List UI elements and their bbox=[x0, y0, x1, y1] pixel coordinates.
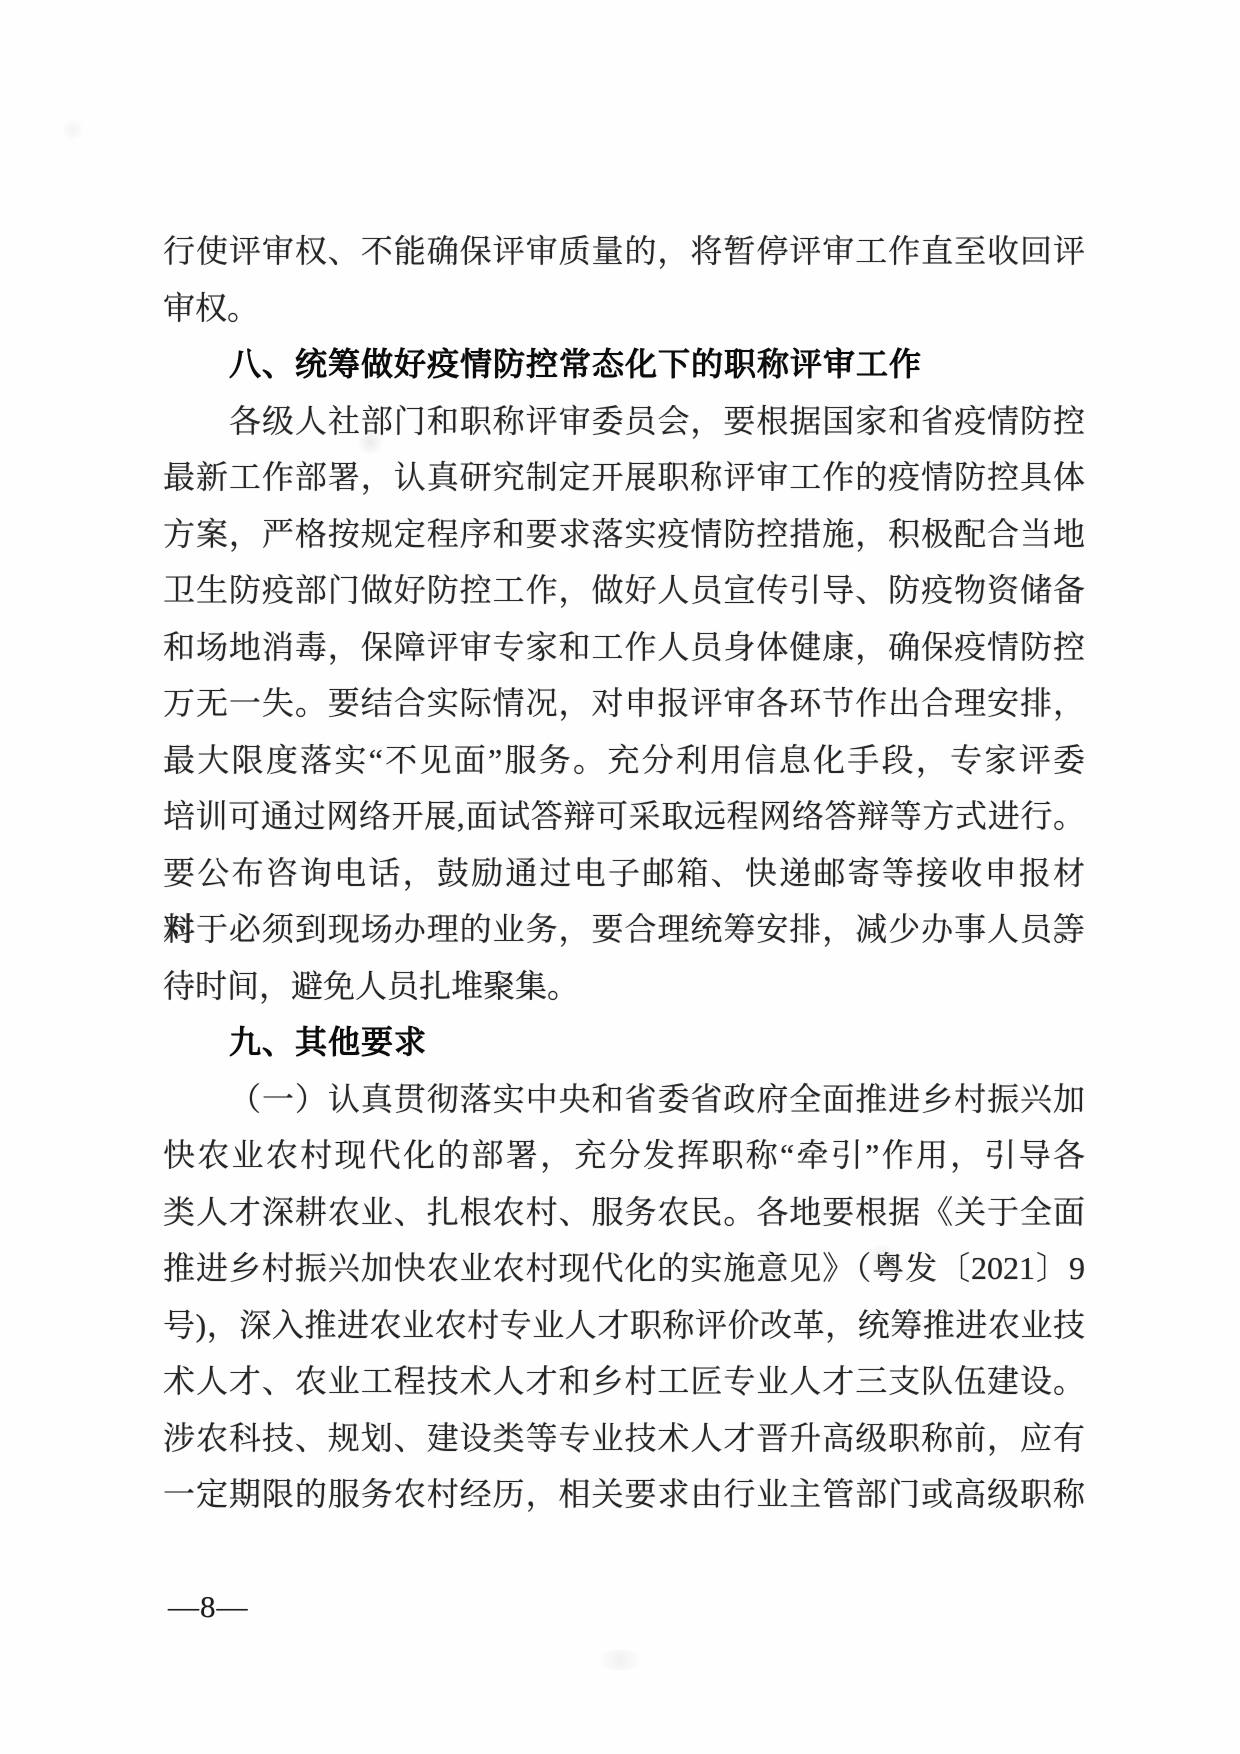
text-block: 行使评审权、不能确保评审质量的，将暂停评审工作直至收回评审权。八、统筹做好疫情防… bbox=[163, 223, 1085, 1523]
text-line: （一）认真贯彻落实中央和省委省政府全面推进乡村振兴加 bbox=[163, 1071, 1085, 1128]
section-heading: 八、统筹做好疫情防控常态化下的职称评审工作 bbox=[163, 336, 1085, 393]
text-line: 快农业农村现代化的部署，充分发挥职称“牵引”作用，引导各 bbox=[163, 1127, 1085, 1184]
text-line: 涉农科技、规划、建设类等专业技术人才晋升高级职称前，应有 bbox=[163, 1410, 1085, 1467]
text-line: 万无一失。要结合实际情况，对申报评审各环节作出合理安排， bbox=[163, 675, 1085, 732]
document-page: 行使评审权、不能确保评审质量的，将暂停评审工作直至收回评审权。八、统筹做好疫情防… bbox=[0, 0, 1240, 1754]
scan-speck bbox=[590, 1650, 650, 1670]
text-line: 培训可通过网络开展,面试答辩可采取远程网络答辩等方式进行。 bbox=[163, 788, 1085, 845]
text-line: 要公布咨询电话，鼓励通过电子邮箱、快递邮寄等接收申报材料。 bbox=[163, 845, 1085, 902]
text-line: 推进乡村振兴加快农业农村现代化的实施意见》（粤发〔2021〕9 bbox=[163, 1240, 1085, 1297]
text-line: 和场地消毒，保障评审专家和工作人员身体健康，确保疫情防控 bbox=[163, 619, 1085, 676]
text-line: 一定期限的服务农村经历，相关要求由行业主管部门或高级职称 bbox=[163, 1466, 1085, 1523]
text-line: 审权。 bbox=[163, 280, 1085, 337]
text-line: 方案，严格按规定程序和要求落实疫情防控措施，积极配合当地 bbox=[163, 506, 1085, 563]
text-line: 号)，深入推进农业农村专业人才职称评价改革，统筹推进农业技 bbox=[163, 1297, 1085, 1354]
scan-speck bbox=[60, 120, 86, 140]
text-line: 各级人社部门和职称评审委员会，要根据国家和省疫情防控 bbox=[163, 393, 1085, 450]
text-line: 最新工作部署，认真研究制定开展职称评审工作的疫情防控具体 bbox=[163, 449, 1085, 506]
text-line: 对于必须到现场办理的业务，要合理统筹安排，减少办事人员等 bbox=[163, 901, 1085, 958]
text-line: 最大限度落实“不见面”服务。充分利用信息化手段，专家评委 bbox=[163, 732, 1085, 789]
text-line: 待时间，避免人员扎堆聚集。 bbox=[163, 958, 1085, 1015]
text-line: 术人才、农业工程技术人才和乡村工匠专业人才三支队伍建设。 bbox=[163, 1353, 1085, 1410]
page-number: —8— bbox=[168, 1585, 249, 1629]
text-line: 类人才深耕农业、扎根农村、服务农民。各地要根据《关于全面 bbox=[163, 1184, 1085, 1241]
text-line: 卫生防疫部门做好防控工作，做好人员宣传引导、防疫物资储备 bbox=[163, 562, 1085, 619]
text-line: 行使评审权、不能确保评审质量的，将暂停评审工作直至收回评 bbox=[163, 223, 1085, 280]
section-heading: 九、其他要求 bbox=[163, 1014, 1085, 1071]
